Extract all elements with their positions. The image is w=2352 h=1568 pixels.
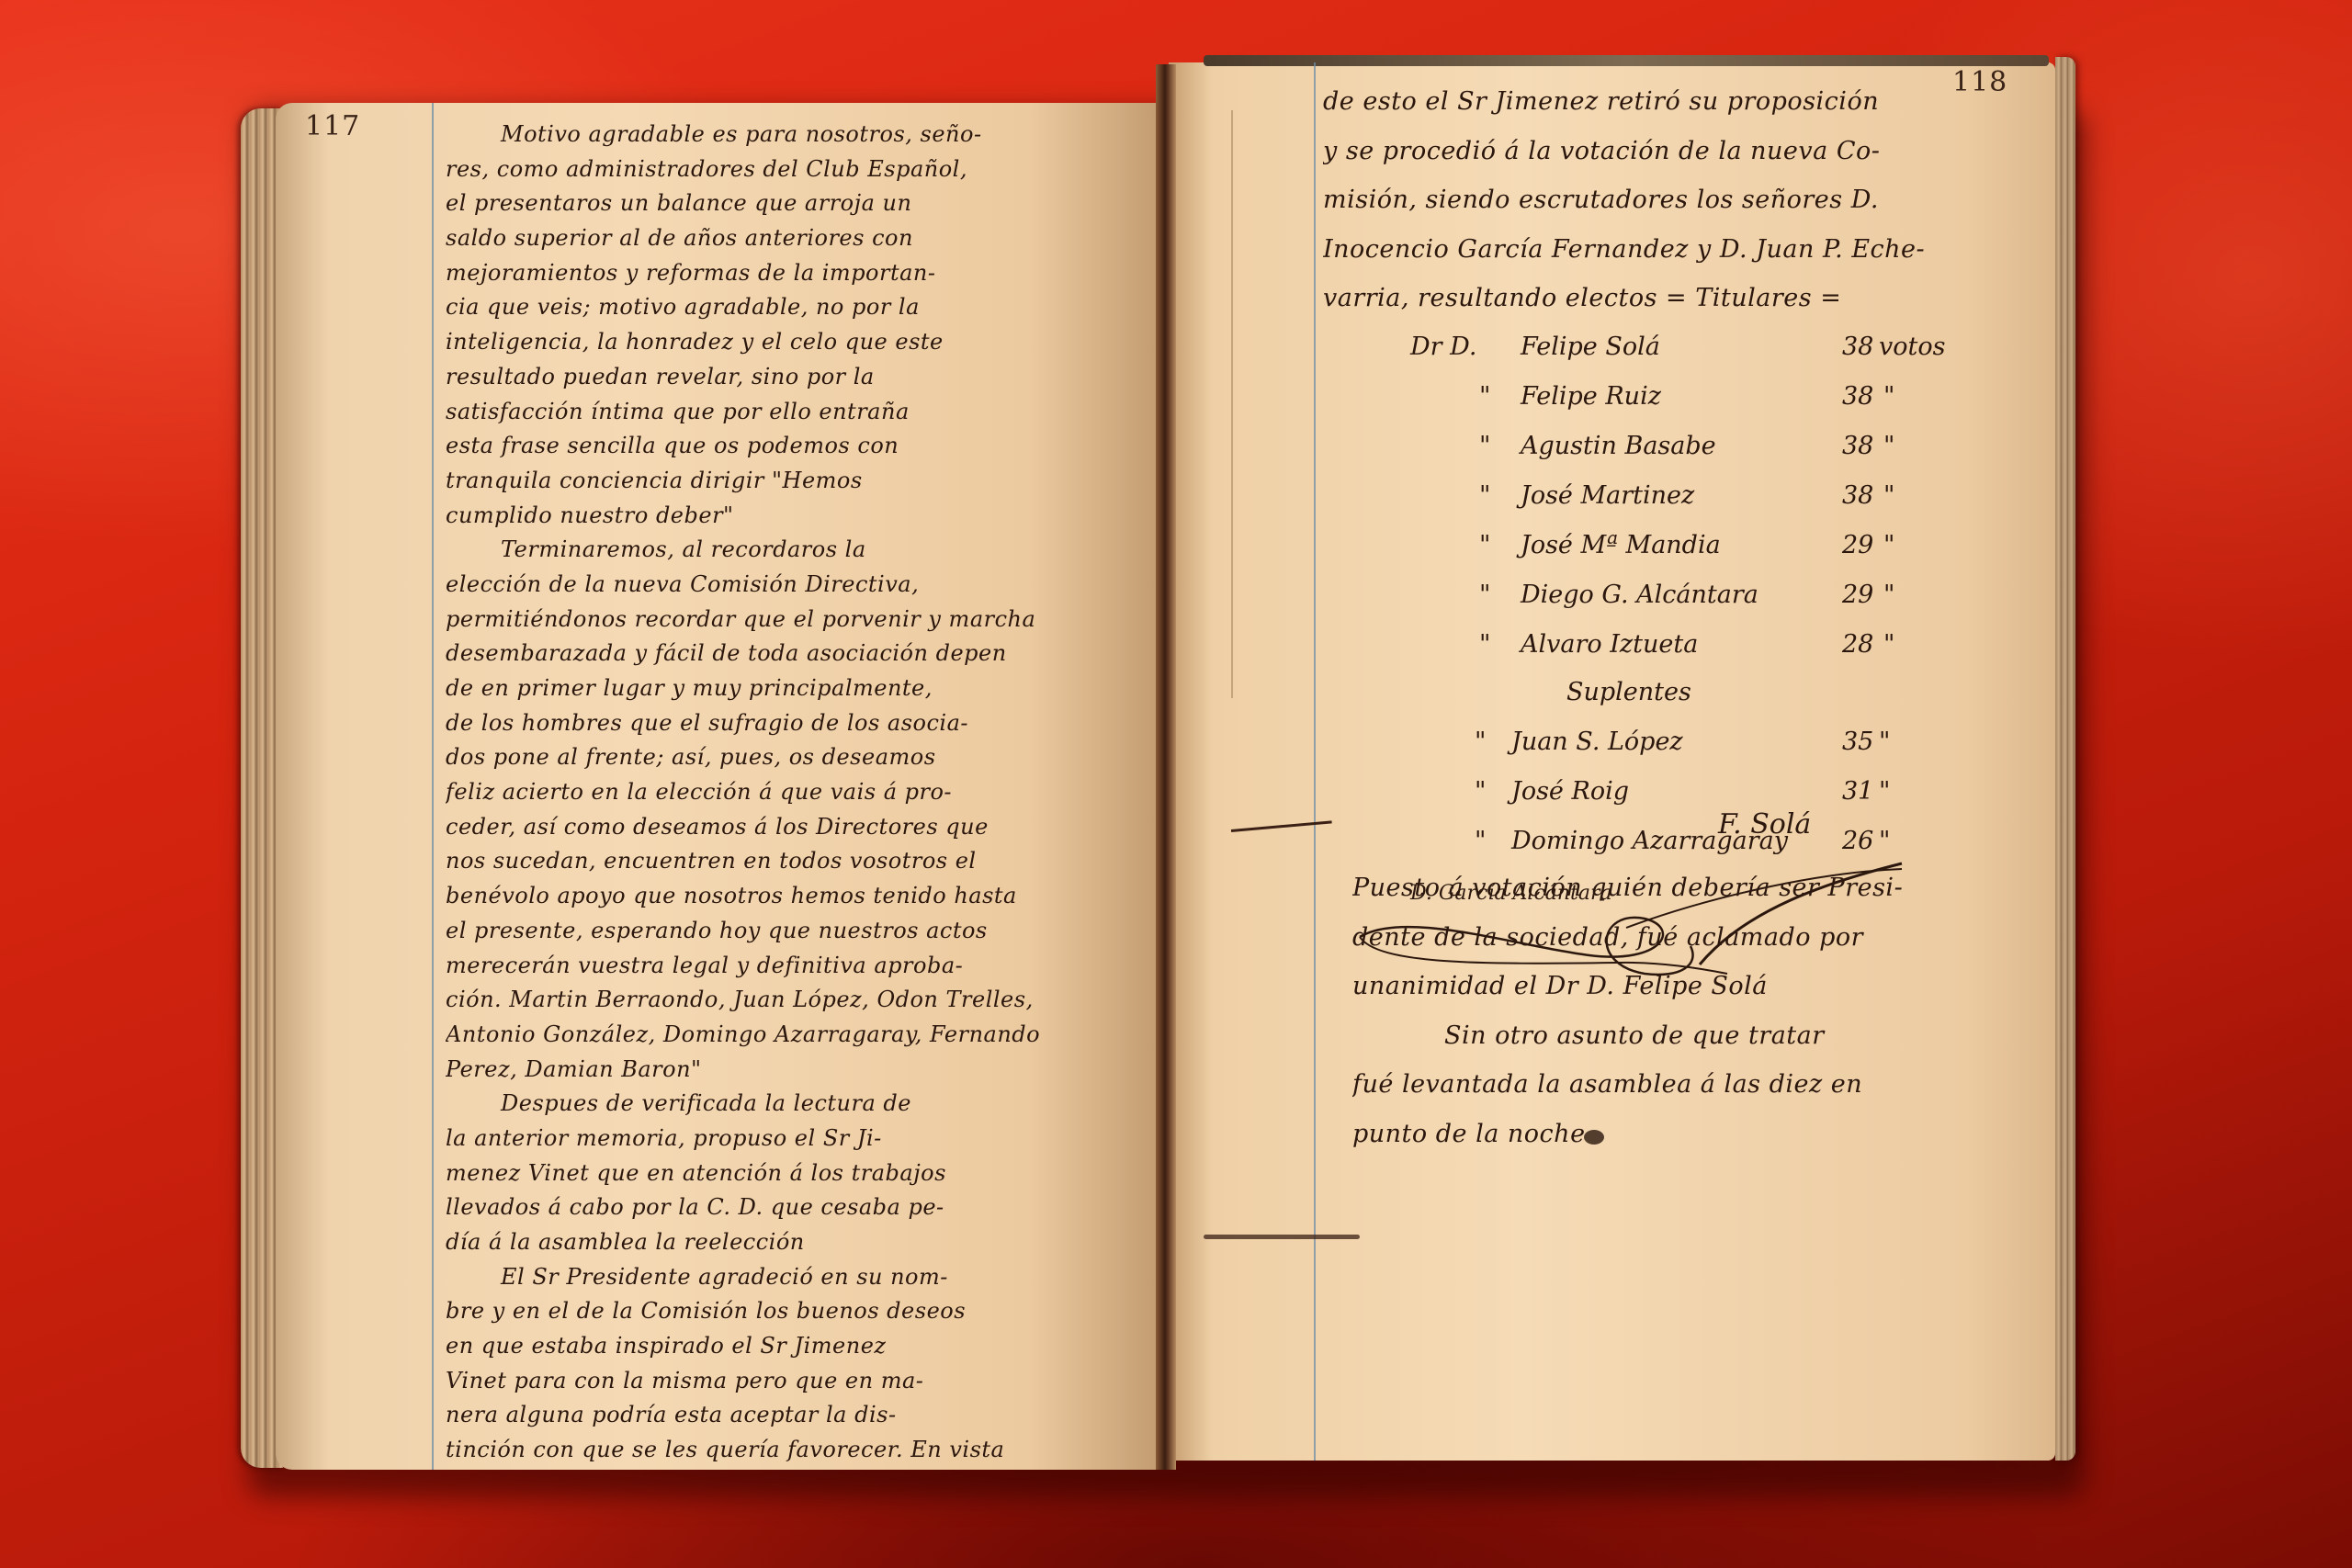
text-line: ción. Martin Berraondo, Juan López, Odon… xyxy=(446,983,1144,1018)
text-line: Terminaremos, al recordaros la xyxy=(446,533,1144,568)
text-line: de los hombres que el sufragio de los as… xyxy=(446,706,1144,741)
text-line: varria, resultando electos = Titulares = xyxy=(1323,274,2021,323)
text-line: tranquila conciencia dirigir "Hemos xyxy=(446,464,1144,499)
text-line: misión, siendo escrutadores los señores … xyxy=(1323,175,2021,225)
text-line: permitiéndonos recordar que el porvenir … xyxy=(446,603,1144,637)
text-line: día á la asamblea la reelección xyxy=(446,1225,1144,1260)
text-line: satisfacción íntima que por ello entraña xyxy=(446,395,1144,430)
text-line: Despues de verificada la lectura de xyxy=(446,1087,1144,1122)
text-line: esta frase sencilla que os podemos con xyxy=(446,429,1144,464)
ink-stain xyxy=(1584,1130,1604,1145)
pencil-mark xyxy=(1231,110,1233,698)
text-line: la anterior memoria, propuso el Sr Ji- xyxy=(446,1122,1144,1156)
text-line: en que estaba inspirado el Sr Jimenez xyxy=(446,1329,1144,1364)
text-line: cia que veis; motivo agradable, no por l… xyxy=(446,290,1144,325)
text-line: de esto el Sr Jimenez retiró su proposic… xyxy=(1323,77,2021,127)
text-line: el presentaros un balance que arroja un xyxy=(446,186,1144,221)
text-line: dos pone al frente; así, pues, os deseam… xyxy=(446,740,1144,775)
left-page-text: Motivo agradable es para nosotros, seño-… xyxy=(446,118,1144,1468)
text-line: Antonio González, Domingo Azarragaray, F… xyxy=(446,1018,1144,1053)
text-line: inteligencia, la honradez y el celo que … xyxy=(446,325,1144,360)
text-line: nera alguna podría esta aceptar la dis- xyxy=(446,1398,1144,1433)
text-line: Vinet para con la misma pero que en ma- xyxy=(446,1364,1144,1399)
book-gutter xyxy=(1156,64,1176,1470)
book-cover-edge xyxy=(1204,55,2049,66)
text-line: El Sr Presidente agradeció en su nom- xyxy=(446,1260,1144,1295)
text-line: mejoramientos y reformas de la importan- xyxy=(446,256,1144,291)
left-margin-rule xyxy=(432,103,434,1470)
signature-secretary: D. García Alcántara xyxy=(1410,882,1612,905)
text-line: menez Vinet que en atención á los trabaj… xyxy=(446,1156,1144,1191)
text-line: Sin otro asunto de que tratar xyxy=(1352,1011,2051,1061)
signature-flourish xyxy=(1351,827,1920,992)
text-line: tinción con que se les quería favorecer.… xyxy=(446,1433,1144,1468)
text-line: nos sucedan, encuentren en todos vosotro… xyxy=(446,844,1144,879)
text-line: desembarazada y fácil de toda asociación… xyxy=(446,637,1144,671)
text-line: Perez, Damian Baron" xyxy=(446,1053,1144,1088)
text-line: feliz acierto en la elección á que vais … xyxy=(446,775,1144,810)
text-line: ceder, así como deseamos á los Directore… xyxy=(446,810,1144,845)
text-line: resultado puedan revelar, sino por la xyxy=(446,360,1144,395)
right-page-edges xyxy=(2055,57,2075,1461)
ink-smudge xyxy=(1204,1235,1360,1239)
text-line: saldo superior al de años anteriores con xyxy=(446,221,1144,256)
text-line: Motivo agradable es para nosotros, seño- xyxy=(446,118,1144,152)
text-line: Inocencio García Fernandez y D. Juan P. … xyxy=(1323,225,2021,275)
text-line: fué levantada la asamblea á las diez en xyxy=(1352,1060,2051,1110)
text-line: cumplido nuestro deber" xyxy=(446,499,1144,534)
text-line: res, como administradores del Club Españ… xyxy=(446,152,1144,187)
right-page-intro: de esto el Sr Jimenez retiró su proposic… xyxy=(1323,77,2021,323)
text-line: benévolo apoyo que nosotros hemos tenido… xyxy=(446,879,1144,914)
text-line: bre y en el de la Comisión los buenos de… xyxy=(446,1294,1144,1329)
text-line: merecerán vuestra legal y definitiva apr… xyxy=(446,949,1144,984)
right-margin-rule xyxy=(1314,62,1316,1461)
text-line: elección de la nueva Comisión Directiva, xyxy=(446,568,1144,603)
text-line: de en primer lugar y muy principalmente, xyxy=(446,671,1144,706)
page-number-left: 117 xyxy=(305,110,360,142)
text-line: punto de la noche xyxy=(1352,1110,2051,1159)
text-line: llevados á cabo por la C. D. que cesaba … xyxy=(446,1190,1144,1225)
text-line: y se procedió á la votación de la nueva … xyxy=(1323,127,2021,176)
text-line: el presente, esperando hoy que nuestros … xyxy=(446,914,1144,949)
